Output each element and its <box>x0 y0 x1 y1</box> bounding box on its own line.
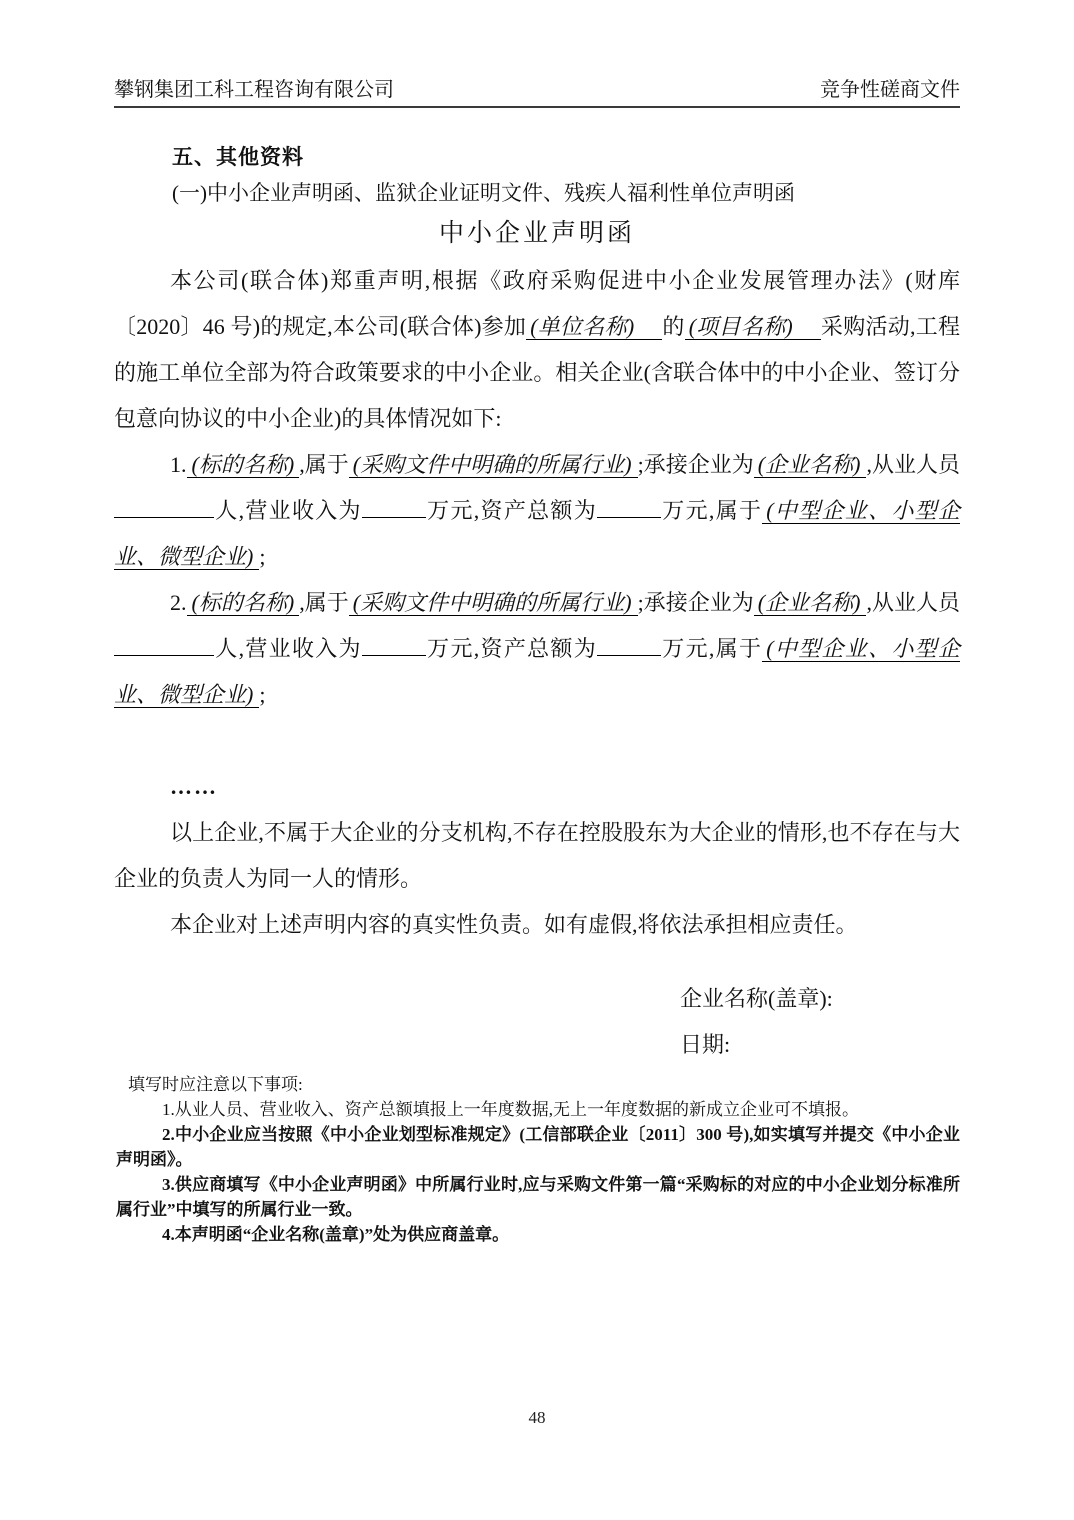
placeholder-enterprise-name: (企业名称) <box>754 452 867 478</box>
subsection-heading: (一)中小企业声明函、监狱企业证明文件、残疾人福利性单位声明函 <box>114 180 960 207</box>
item2-text-3: ,从业人员 <box>866 590 960 615</box>
blank-employee-count <box>114 632 214 656</box>
declaration-paragraph-2: 以上企业,不属于大企业的分支机构,不存在控股股东为大企业的情形,也不存在与大企业… <box>114 810 960 902</box>
note-item-4: 4.本声明函“企业名称(盖章)”处为供应商盖章。 <box>116 1222 960 1247</box>
blank-revenue <box>362 632 426 656</box>
item2-text-5: 万元,资产总额为 <box>426 636 597 661</box>
placeholder-subject-name: (标的名称) <box>187 452 300 478</box>
filling-notes: 填写时应注意以下事项: 1.从业人员、营业收入、资产总额填报上一年度数据,无上一… <box>116 1072 960 1247</box>
placeholder-industry: (采购文件中明确的所属行业) <box>349 452 638 478</box>
page-header: 攀钢集团工科工程咨询有限公司 竞争性磋商文件 <box>114 0 960 108</box>
item2-text-7: ; <box>259 682 265 707</box>
document-title: 中小企业声明函 <box>114 217 960 250</box>
declaration-body: 本公司(联合体)郑重声明,根据《政府采购促进中小企业发展管理办法》(财库〔202… <box>114 258 960 948</box>
declaration-paragraph-3: 本企业对上述声明内容的真实性负责。如有虚假,将依法承担相应责任。 <box>114 902 960 948</box>
note-item-3: 3.供应商填写《中小企业声明函》中所属行业时,应与采购文件第一篇“采购标的对应的… <box>116 1172 960 1222</box>
item1-text-1: ,属于 <box>299 452 349 477</box>
blank-assets <box>597 494 661 518</box>
company-name: 攀钢集团工科工程咨询有限公司 <box>114 78 394 102</box>
item2-number: 2. <box>170 590 187 615</box>
enterprise-item-2: 2.(标的名称),属于(采购文件中明确的所属行业);承接企业为(企业名称),从业… <box>114 580 960 718</box>
declaration-paragraph-1: 本公司(联合体)郑重声明,根据《政府采购促进中小企业发展管理办法》(财库〔202… <box>114 258 960 442</box>
blank-employee-count <box>114 494 214 518</box>
blank-assets <box>597 632 661 656</box>
item1-text-4: 人,营业收入为 <box>214 498 362 523</box>
ellipsis-line: …… <box>114 764 960 810</box>
page-number: 48 <box>0 1408 1074 1428</box>
placeholder-unit-name: (单位名称) <box>526 314 662 340</box>
item1-text-6: 万元,属于 <box>661 498 762 523</box>
placeholder-project-name: (项目名称) <box>685 314 821 340</box>
placeholder-subject-name: (标的名称) <box>187 590 300 616</box>
item1-number: 1. <box>170 452 187 477</box>
enterprise-item-1: 1.(标的名称),属于(采购文件中明确的所属行业);承接企业为(企业名称),从业… <box>114 442 960 580</box>
signature-block: 企业名称(盖章): 日期: <box>680 976 960 1068</box>
note-item-2: 2.中小企业应当按照《中小企业划型标准规定》(工信部联企业〔2011〕300 号… <box>116 1122 960 1172</box>
notes-intro: 填写时应注意以下事项: <box>116 1072 960 1097</box>
item2-text-2: ;承接企业为 <box>638 590 754 615</box>
item2-text-4: 人,营业收入为 <box>214 636 362 661</box>
blank-revenue <box>362 494 426 518</box>
doc-type-label: 竞争性磋商文件 <box>820 78 960 102</box>
item2-text-1: ,属于 <box>299 590 349 615</box>
item1-text-7: ; <box>259 544 265 569</box>
item1-text-3: ,从业人员 <box>866 452 960 477</box>
placeholder-industry: (采购文件中明确的所属行业) <box>349 590 638 616</box>
item1-text-2: ;承接企业为 <box>638 452 754 477</box>
placeholder-enterprise-name: (企业名称) <box>754 590 867 616</box>
section-heading: 五、其他资料 <box>114 144 960 171</box>
item2-text-6: 万元,属于 <box>661 636 762 661</box>
item1-text-5: 万元,资产总额为 <box>426 498 597 523</box>
p1-text-2: 的 <box>662 314 685 339</box>
note-item-1: 1.从业人员、营业收入、资产总额填报上一年度数据,无上一年度数据的新成立企业可不… <box>116 1097 960 1122</box>
date-line: 日期: <box>680 1022 960 1068</box>
company-seal-line: 企业名称(盖章): <box>680 976 960 1022</box>
document-page: 攀钢集团工科工程咨询有限公司 竞争性磋商文件 五、其他资料 (一)中小企业声明函… <box>0 0 1074 1520</box>
